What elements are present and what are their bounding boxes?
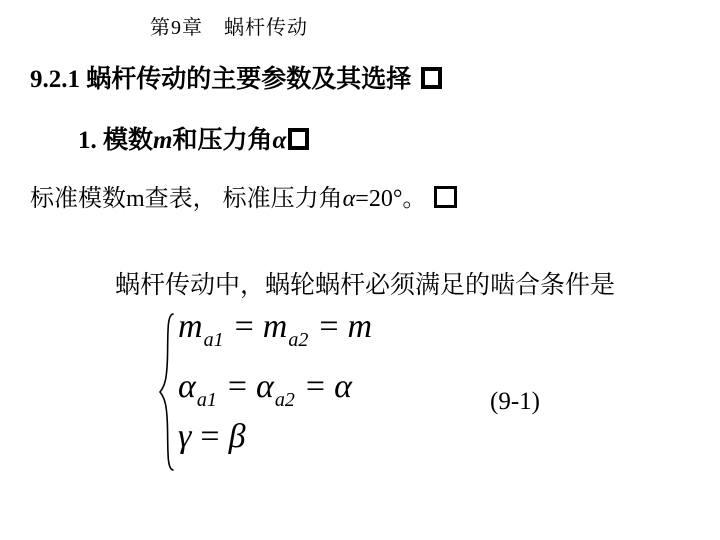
equals-sign: = [200,418,219,455]
equals-sign: = [228,368,247,405]
subheading-middle: 和压力角 [172,127,272,154]
equation-subscript: a2 [288,329,308,351]
paragraph1-var-alpha: α [343,186,356,212]
paragraph-meshing-conditions: 蜗杆传动中，蜗轮蜗杆必须满足的啮合条件是 [115,265,615,301]
chapter-header: 第9章 蜗杆传动 [150,11,308,40]
equation-symbol: β [229,418,246,455]
slide: 第9章 蜗杆传动 9.2.1 蜗杆传动的主要参数及其选择 1. 模数m和压力角α… [0,0,720,540]
section-heading: 9.2.1 蜗杆传动的主要参数及其选择 [30,59,442,95]
equation-symbol: α [334,368,352,405]
placeholder-square-icon [421,67,442,89]
equation-symbol: m [178,308,203,345]
subheading: 1. 模数m和压力角α [78,120,309,156]
equation-subscript: a2 [275,389,295,411]
equation-symbol: γ [178,418,191,455]
equation-symbol: m [348,308,373,345]
paragraph-standard-values: 标准模数m查表， 标准压力角α=20°。 [30,178,457,213]
equation-subscript: a1 [204,329,224,351]
equation-symbol: m [263,308,288,345]
subheading-prefix: 1. 模数 [78,127,153,154]
left-brace-icon [157,312,177,472]
paragraph1-after: =20°。 [355,186,426,212]
paragraph1-before: 标准模数m查表， 标准压力角 [30,186,343,212]
subheading-var-alpha: α [272,127,286,154]
subheading-var-m: m [153,127,172,154]
equals-sign: = [319,308,338,345]
equals-sign: = [306,368,325,405]
equation-symbol: α [178,368,196,405]
equation-line-pressure-angle: αa1=αa2=α [178,370,352,404]
placeholder-square-icon [434,186,457,208]
equals-sign: = [235,308,254,345]
placeholder-square-icon [288,128,309,150]
section-heading-text: 9.2.1 蜗杆传动的主要参数及其选择 [30,66,411,93]
equation-subscript: a1 [197,389,217,411]
equation-line-module: ma1=ma2=m [178,310,372,344]
equation-symbol: α [256,368,274,405]
equation-number: (9-1) [490,388,540,416]
equation-line-lead-angle: γ=β [178,420,246,454]
